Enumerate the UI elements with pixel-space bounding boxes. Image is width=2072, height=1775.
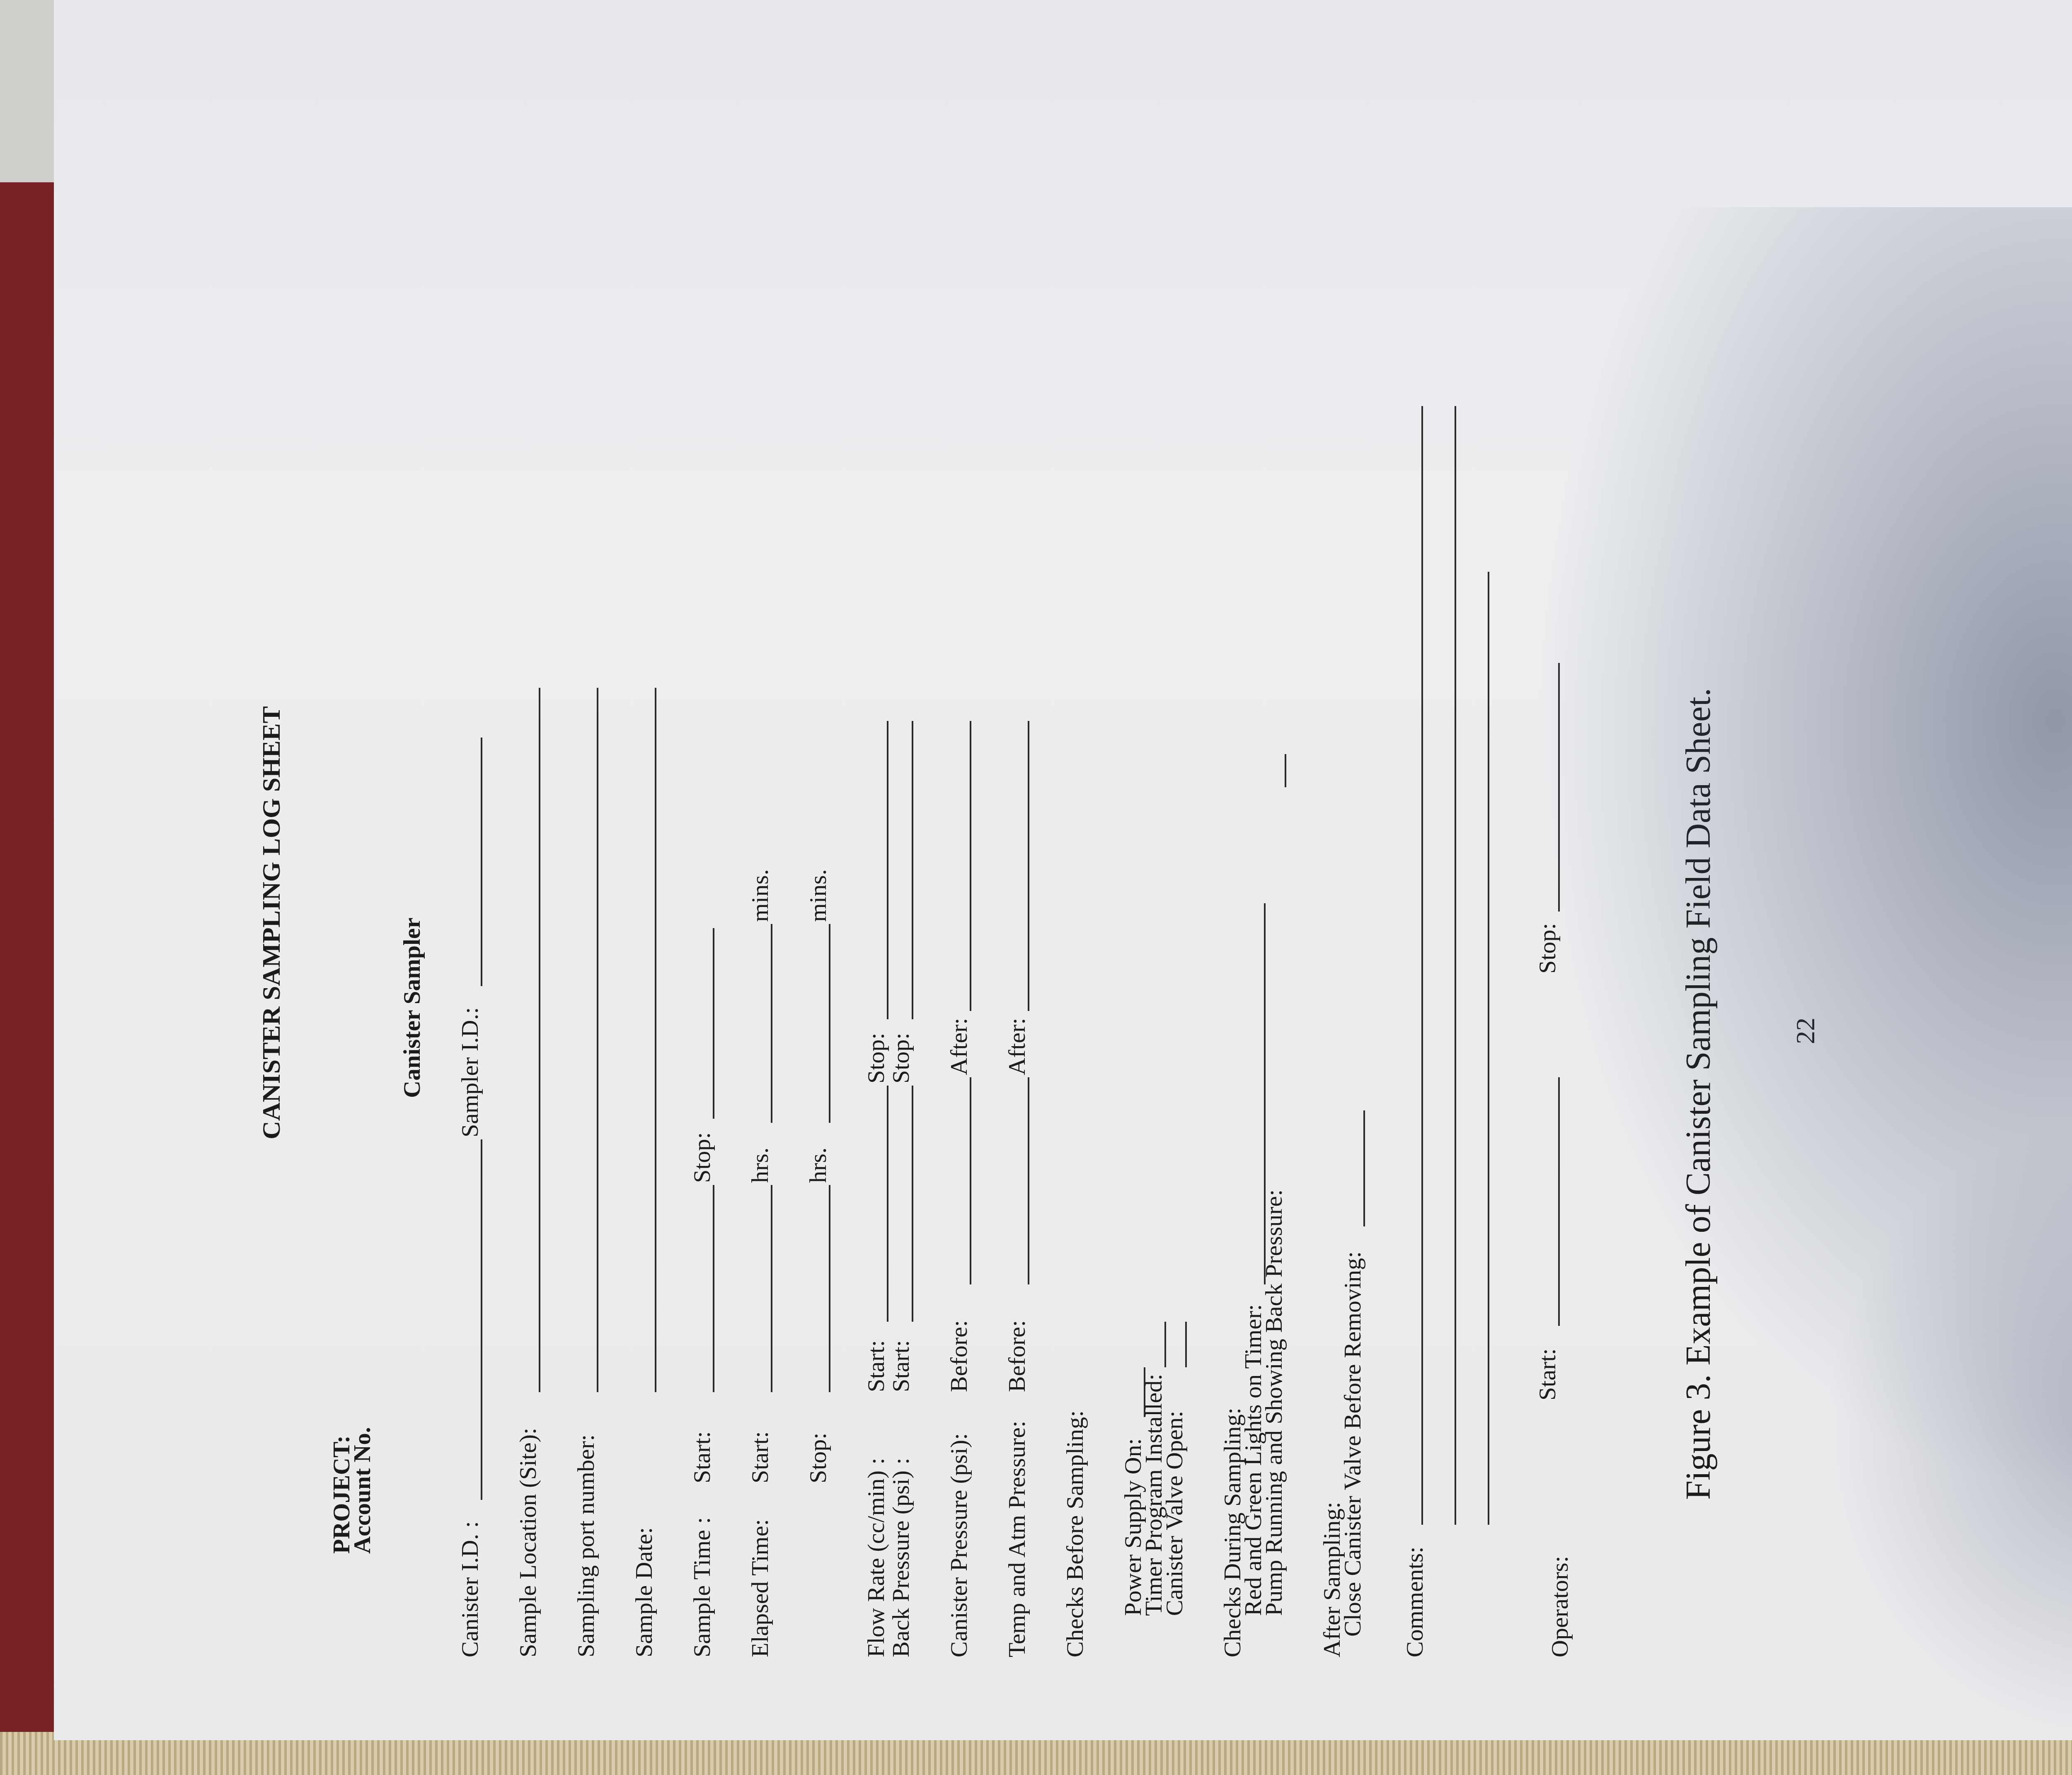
close-valve-field[interactable] [1363,1110,1365,1226]
flow-rate-stop-field[interactable] [887,721,888,1019]
temp-atm-label: Temp and Atm Pressure: [1003,1421,1031,1657]
account-label: Account No. [348,1427,376,1554]
elapsed-stop-hrs-field[interactable] [829,1185,830,1392]
comments-line-2[interactable] [1455,406,1456,1525]
elapsed-start-mins-field[interactable] [771,924,772,1123]
mins-label: mins. [746,869,774,922]
elapsed-start-hrs-field[interactable] [771,1185,772,1392]
sample-time-start-label: Start: [688,1431,716,1483]
elapsed-stop-label: Stop: [804,1433,832,1484]
hand-shadow [1823,1119,2072,1740]
sample-location-field[interactable] [539,688,540,1392]
back-pressure-stop-field[interactable] [912,721,913,1019]
back-pressure-stop-label: Stop: [887,1033,915,1084]
canister-pressure-label: Canister Pressure (psi): [945,1433,973,1657]
form-title: CANISTER SAMPLING LOG SHEET [257,706,286,1139]
hrs-label: hrs. [804,1148,832,1183]
canister-pressure-after-label: After: [945,1018,973,1076]
sampling-port-label: Sampling port number: [572,1434,600,1657]
temp-atm-after-label: After: [1003,1018,1031,1076]
timer-program-field[interactable] [1164,1322,1166,1367]
elapsed-stop-mins-field[interactable] [829,924,830,1123]
canister-pressure-before-label: Before: [945,1320,973,1392]
sample-location-label: Sample Location (Site): [514,1428,542,1657]
operators-label: Operators: [1546,1556,1573,1657]
sample-date-label: Sample Date: [630,1527,658,1657]
back-pressure-start-label: Start: [887,1340,915,1392]
canister-id-label: Canister I.D. : [456,1521,484,1657]
checks-before-heading: Checks Before Sampling: [1061,1410,1089,1657]
hrs-label: hrs. [746,1148,774,1183]
close-valve-label: Close Canister Valve Before Removing: [1339,1251,1366,1637]
comments-line-3[interactable] [1488,572,1489,1525]
elapsed-time-label: Elapsed Time: [746,1519,774,1657]
canister-pressure-before-field[interactable] [970,1077,971,1284]
flow-rate-start-label: Start: [862,1340,890,1392]
sample-date-field[interactable] [655,688,656,1392]
mins-label: mins. [804,869,832,922]
sampler-id-label: Sampler I.D.: [456,1007,484,1137]
pump-running-field[interactable] [1285,754,1286,787]
comments-line-1[interactable] [1421,406,1423,1525]
section-title: Canister Sampler [398,917,426,1098]
sampling-port-field[interactable] [597,688,598,1392]
valve-open-field[interactable] [1185,1322,1187,1367]
sampler-id-field[interactable] [481,738,482,986]
comments-label: Comments: [1401,1547,1428,1657]
valve-open-label: Canister Valve Open: [1160,1411,1188,1616]
flow-rate-label: Flow Rate (cc/min) : [862,1458,890,1657]
sample-time-stop-field[interactable] [713,928,714,1119]
canister-id-field[interactable] [481,1139,482,1500]
temp-atm-before-label: Before: [1003,1320,1031,1392]
sample-time-stop-label: Stop: [688,1132,716,1183]
temp-atm-before-field[interactable] [1028,1077,1029,1284]
back-pressure-start-field[interactable] [912,1086,913,1322]
elapsed-start-label: Start: [746,1431,774,1483]
sample-time-start-field[interactable] [713,1185,714,1392]
sample-time-label: Sample Time : [688,1517,716,1657]
flow-rate-start-field[interactable] [887,1086,888,1322]
temp-atm-after-field[interactable] [1028,721,1029,1011]
back-pressure-label: Back Pressure (psi) : [887,1458,915,1657]
canister-pressure-after-field[interactable] [970,721,971,1011]
flow-rate-stop-label: Stop: [862,1033,890,1084]
pump-running-label: Pump Running and Showing Back Pressure: [1260,1190,1288,1616]
